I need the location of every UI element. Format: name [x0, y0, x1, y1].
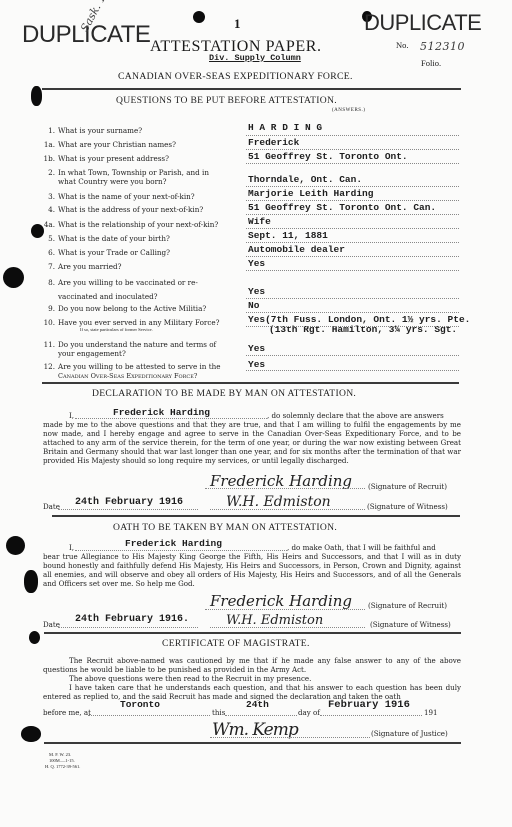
form-code-1: M. F. W. 23. — [49, 752, 71, 757]
witness-line — [210, 627, 365, 628]
answer-line — [246, 149, 459, 150]
answer-next-of-kin-address: 51 Geoffrey St. Toronto Ont. Can. — [248, 203, 436, 213]
question-10: 10.Have you ever served in any Military … — [42, 318, 242, 327]
question-5: 5.What is the date of your birth? — [42, 234, 242, 243]
declaration-witness-signature-label: (Signature of Witness) — [367, 502, 448, 511]
answer-line — [246, 312, 459, 313]
questions-divider — [42, 382, 459, 384]
question-4: 4.What is the address of your next-of-ki… — [42, 205, 242, 214]
magistrate-para-2: The above questions were then read to th… — [43, 674, 461, 683]
answer-line — [246, 186, 459, 187]
punch-hole-left-7 — [21, 726, 41, 742]
signature-line — [205, 609, 365, 610]
declaration-date: 24th February 1916 — [75, 498, 183, 508]
signature-line — [205, 488, 365, 489]
magistrate-place: Toronto — [120, 700, 160, 710]
oath-witness-signature: W.H. Edmiston — [226, 613, 323, 628]
answer-active-militia: No — [248, 301, 259, 311]
oath-recruit-signature-label: (Signature of Recruit) — [368, 601, 447, 610]
answer-line — [246, 326, 459, 327]
answer-present-address: 51 Geoffrey St. Toronto Ont. — [248, 152, 408, 162]
punch-hole-left-3 — [3, 267, 24, 288]
declaration-prefix: I, — [69, 411, 74, 420]
magistrate-before-label: before me, at — [43, 708, 91, 717]
question-7: 7.Are you married? — [42, 262, 242, 271]
punch-hole-top — [193, 11, 205, 23]
oath-text-line1: , do make Oath, that I will be faithful … — [287, 543, 436, 552]
answer-line — [246, 200, 459, 201]
magistrate-day: 24th — [246, 700, 269, 710]
answers-label: (ANSWERS.) — [332, 108, 365, 113]
answer-line — [246, 270, 459, 271]
answer-line — [246, 370, 459, 371]
declaration-recruit-signature-label: (Signature of Recruit) — [368, 482, 447, 491]
oath-heading: OATH TO BE TAKEN BY MAN ON ATTESTATION. — [113, 522, 337, 533]
magistrate-this-label: this — [212, 708, 225, 717]
declaration-divider — [52, 515, 460, 517]
oath-name: Frederick Harding — [125, 539, 222, 549]
declaration-witness-signature: W.H. Edmiston — [226, 494, 331, 510]
magistrate-day-of-label: day of — [298, 708, 320, 717]
punch-hole-left-1 — [31, 86, 42, 106]
question-4a: 4a.What is the relationship of your next… — [42, 220, 242, 229]
page-number: 1 — [234, 16, 241, 32]
question-10-note: If so, state particulars of former Servi… — [80, 327, 153, 332]
oath-body: bear true Allegiance to His Majesty King… — [43, 552, 461, 588]
magistrate-para-1: The Recruit above-named was cautioned by… — [43, 656, 461, 674]
form-code-2: 100M.—1-15. — [49, 758, 75, 763]
declaration-heading: DECLARATION TO BE MADE BY MAN ON ATTESTA… — [92, 388, 356, 399]
oath-divider — [44, 632, 461, 634]
declaration-text-line1: , do solemnly declare that the above are… — [267, 411, 444, 420]
question-2: 2.In what Town, Township or Parish, and … — [42, 168, 242, 186]
answer-line — [246, 355, 459, 356]
magistrate-year-suffix: 191 — [424, 708, 438, 717]
answer-line — [246, 256, 459, 257]
answer-next-of-kin-name: Marjorie Leith Harding — [248, 189, 373, 199]
answer-surname: H A R D I N G — [248, 123, 322, 133]
question-1b: 1b.What is your present address? — [42, 154, 242, 163]
justice-signature-line — [210, 737, 370, 738]
answer-line — [246, 135, 459, 136]
punch-hole-left-6 — [29, 631, 40, 644]
magistrate-heading: CERTIFICATE OF MAGISTRATE. — [162, 638, 310, 649]
answer-line — [246, 163, 459, 164]
justice-signature-label: (Signature of Justice) — [371, 729, 448, 738]
answer-vaccinated: Yes — [248, 287, 265, 297]
number-label: No. — [396, 40, 409, 50]
question-9: 9.Do you now belong to the Active Militi… — [42, 304, 242, 313]
oath-prefix: I, — [69, 543, 74, 552]
duplicate-stamp-right: DUPLICATE — [364, 10, 481, 36]
answer-christian-names: Frederick — [248, 138, 299, 148]
question-1a: 1a.What are your Christian names? — [42, 140, 242, 149]
answer-date-of-birth: Sept. 11, 1881 — [248, 231, 328, 241]
place-line — [88, 715, 210, 716]
answer-line — [246, 242, 459, 243]
magistrate-month-year: February 1916 — [328, 700, 410, 710]
answer-line — [246, 298, 459, 299]
punch-hole-left-5 — [24, 570, 38, 593]
oath-witness-signature-label: (Signature of Witness) — [370, 620, 451, 629]
question-6: 6.What is your Trade or Calling? — [42, 248, 242, 257]
day-line — [225, 715, 297, 716]
answer-trade: Automobile dealer — [248, 245, 345, 255]
punch-hole-left-4 — [6, 536, 25, 555]
form-code-3: H. Q. 1772-39-561. — [45, 764, 80, 769]
answer-line — [246, 228, 459, 229]
header-divider — [42, 88, 461, 90]
bottom-divider — [44, 742, 461, 744]
questions-heading: QUESTIONS TO BE PUT BEFORE ATTESTATION. — [116, 95, 337, 106]
declaration-name: Frederick Harding — [113, 408, 210, 418]
date-line — [58, 627, 198, 628]
answer-line — [246, 214, 459, 215]
document-subtitle: CANADIAN OVER-SEAS EXPEDITIONARY FORCE. — [118, 71, 353, 82]
date-line — [58, 509, 198, 510]
answer-next-of-kin-relationship: Wife — [248, 217, 271, 227]
answer-willing-to-serve: Yes — [248, 360, 265, 370]
question-11: 11.Do you understand the nature and term… — [42, 340, 242, 358]
folio-label: Folio. — [421, 58, 441, 68]
declaration-body: made by me to the above questions and th… — [43, 420, 461, 465]
regimental-number: 512310 — [420, 40, 465, 53]
answer-birthplace: Thorndale, Ont. Can. — [248, 175, 362, 185]
declaration-name-line — [75, 418, 267, 419]
answer-understand-terms: Yes — [248, 344, 265, 354]
question-12: 12.Are you willing to be attested to ser… — [42, 362, 242, 381]
month-line — [320, 715, 422, 716]
oath-date: 24th February 1916. — [75, 615, 189, 625]
question-3: 3.What is the name of your next-of-kin? — [42, 192, 242, 201]
oath-recruit-signature: Frederick Harding — [210, 592, 352, 610]
answer-married: Yes — [248, 259, 265, 269]
witness-line — [210, 509, 365, 510]
question-1: 1.What is your surname? — [42, 126, 242, 135]
oath-name-line — [75, 550, 287, 551]
question-8: 8.Are you willing to be vaccinated or re… — [42, 276, 242, 304]
attestation-paper: DUPLICATE DUPLICATE 1 Sask. 17/3/14 ATTE… — [0, 0, 512, 827]
unit-stamp: Div. Supply Column — [209, 53, 301, 63]
